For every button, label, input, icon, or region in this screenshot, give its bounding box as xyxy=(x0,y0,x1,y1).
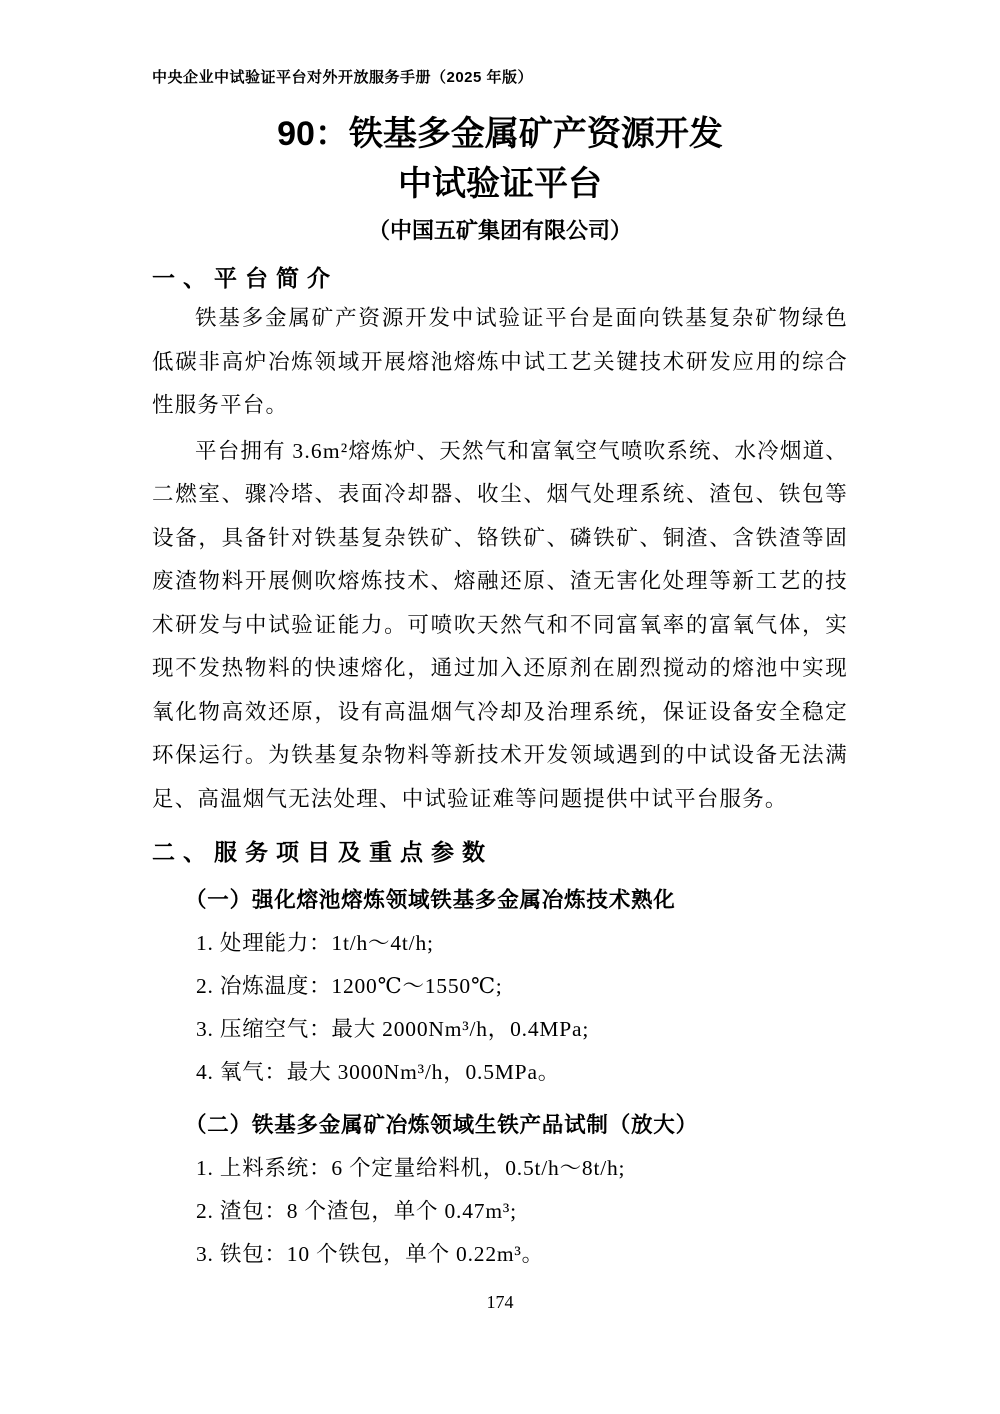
subsection-1-item-2: 2. 冶炼温度：1200℃～1550℃; xyxy=(196,965,848,1008)
subsection-1-item-4: 4. 氧气：最大 3000Nm³/h，0.5MPa。 xyxy=(196,1051,848,1094)
subsection-2-item-1: 1. 上料系统：6 个定量给料机，0.5t/h～8t/h; xyxy=(196,1147,848,1190)
page-title-line-1: 90：铁基多金属矿产资源开发 xyxy=(152,109,848,159)
section-2-heading: 二、服务项目及重点参数 xyxy=(152,837,848,869)
document-content: 中央企业中试验证平台对外开放服务手册（2025 年版） 90：铁基多金属矿产资源… xyxy=(0,0,1000,1276)
subsection-2-item-3: 3. 铁包：10 个铁包，单个 0.22m³。 xyxy=(196,1233,848,1276)
subsection-2-heading: （二）铁基多金属矿冶炼领域生铁产品试制（放大） xyxy=(185,1104,848,1147)
document-page: 中央企业中试验证平台对外开放服务手册（2025 年版） 90：铁基多金属矿产资源… xyxy=(0,0,1000,1414)
subsection-1-heading: （一）强化熔池熔炼领域铁基多金属冶炼技术熟化 xyxy=(185,879,848,922)
company-subtitle: （中国五矿集团有限公司） xyxy=(152,215,848,247)
page-title: 90：铁基多金属矿产资源开发 中试验证平台 xyxy=(152,109,848,209)
section-1-paragraph-2: 平台拥有 3.6m²熔炼炉、天然气和富氧空气喷吹系统、水冷烟道、二燃室、骤冷塔、… xyxy=(152,430,848,822)
page-number: 174 xyxy=(0,1290,1000,1314)
subsection-1-item-3: 3. 压缩空气：最大 2000Nm³/h，0.4MPa; xyxy=(196,1008,848,1051)
page-title-line-2: 中试验证平台 xyxy=(152,159,848,209)
subsection-2-item-2: 2. 渣包：8 个渣包，单个 0.47m³; xyxy=(196,1190,848,1233)
section-1-paragraph-1: 铁基多金属矿产资源开发中试验证平台是面向铁基复杂矿物绿色低碳非高炉冶炼领域开展熔… xyxy=(152,297,848,428)
running-header: 中央企业中试验证平台对外开放服务手册（2025 年版） xyxy=(152,66,848,87)
subsection-1-item-1: 1. 处理能力：1t/h～4t/h; xyxy=(196,922,848,965)
section-1-heading: 一、平台简介 xyxy=(152,263,848,295)
